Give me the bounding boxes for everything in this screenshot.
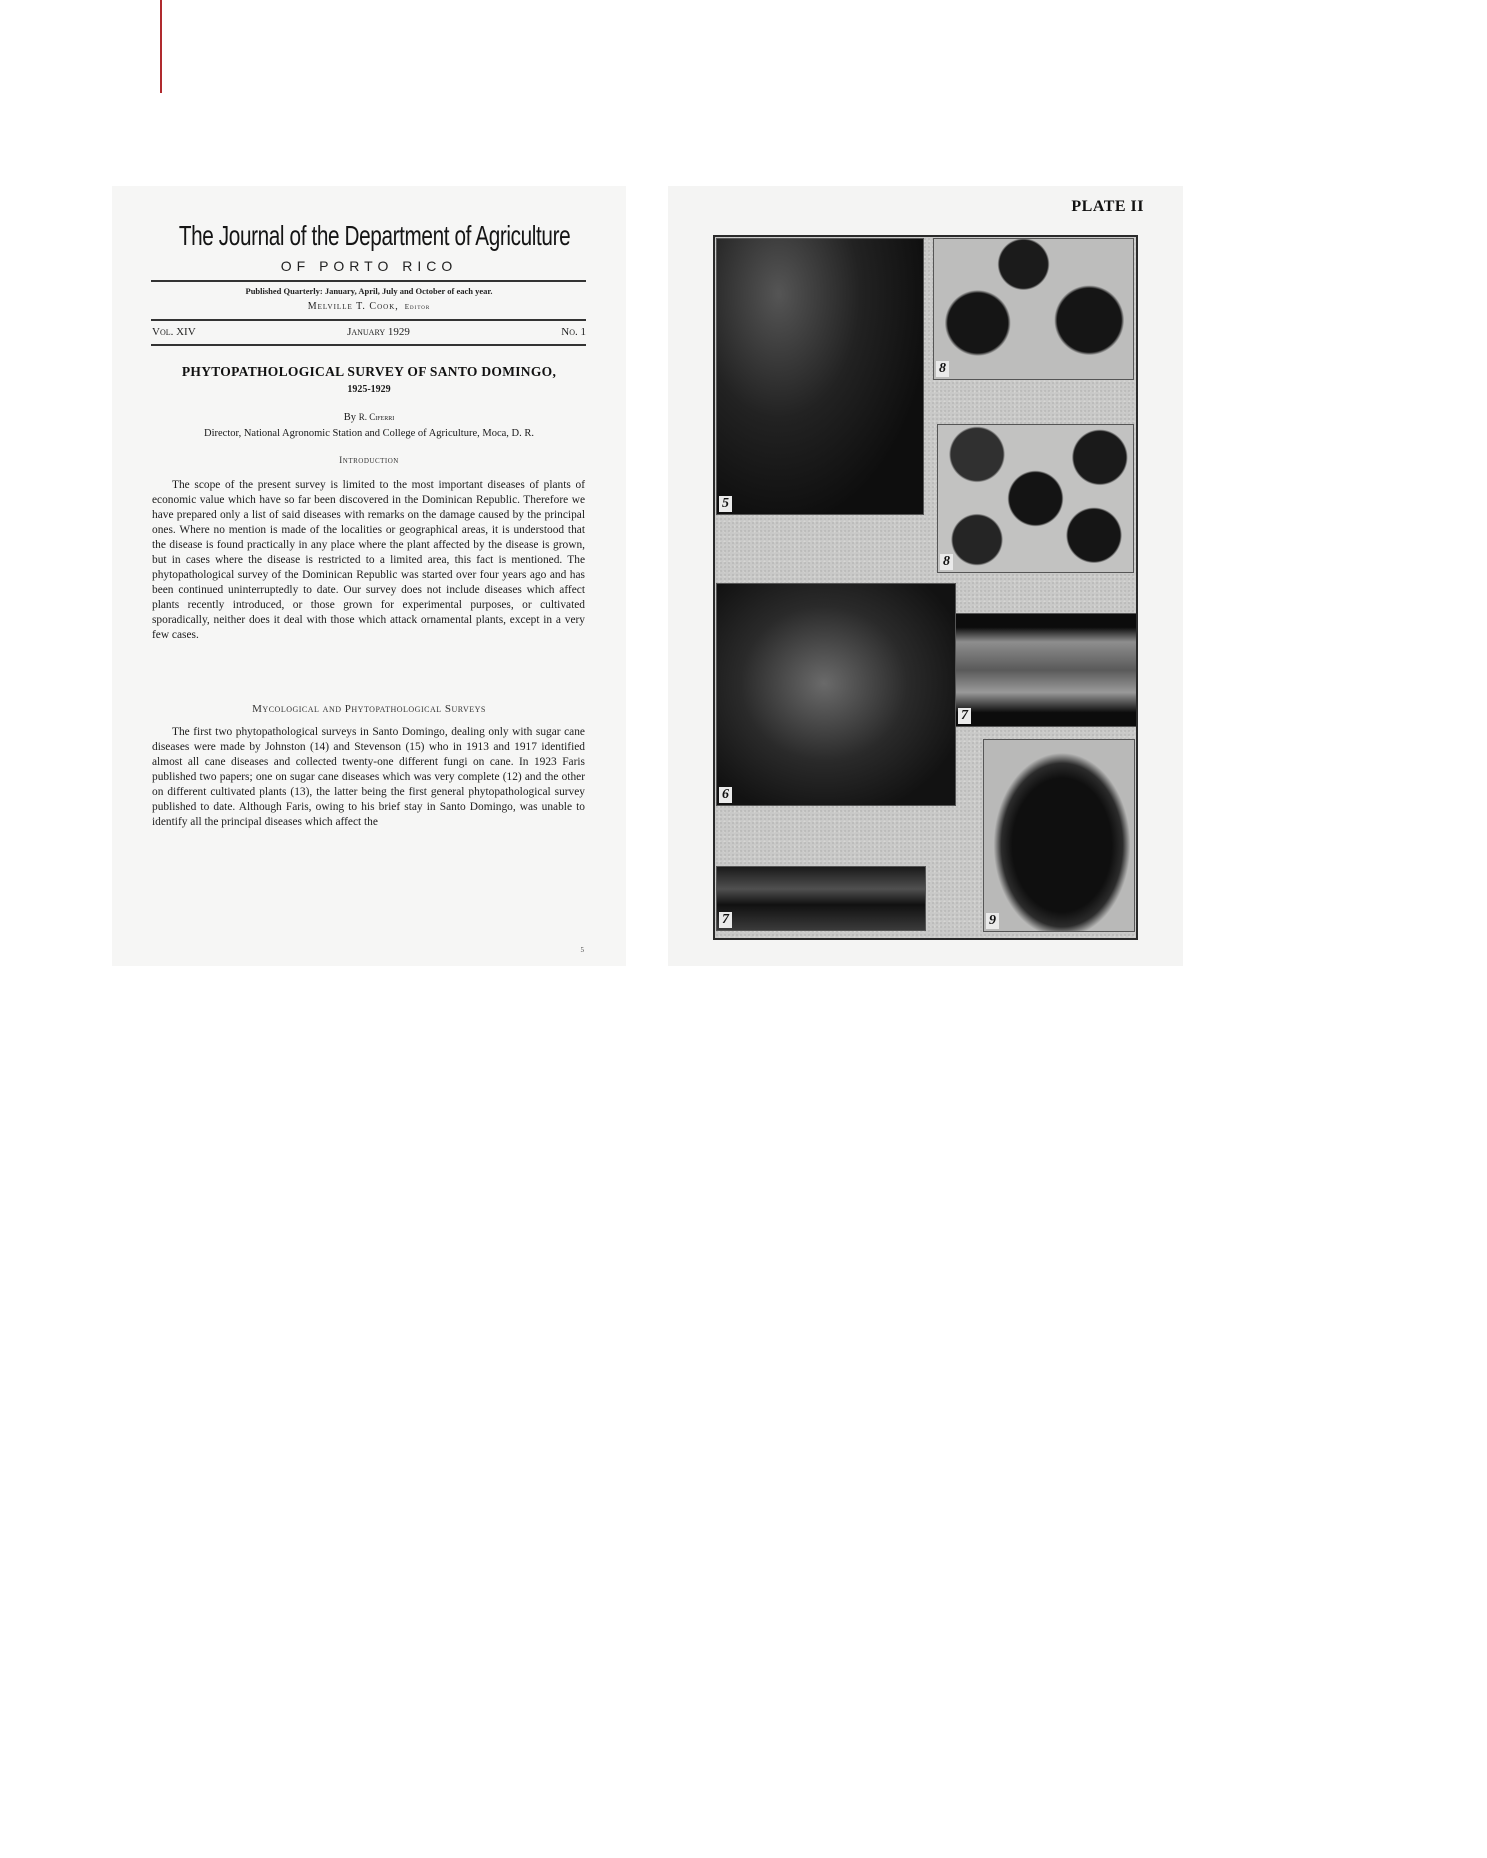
journal-subtitle: OF PORTO RICO [112, 258, 626, 274]
volume: Vol. XIV [152, 326, 196, 338]
plate-page: PLATE II 5 8 8 6 7 7 9 [668, 186, 1183, 966]
masthead-divider [151, 319, 586, 321]
byline: By R. Ciferri [112, 412, 626, 423]
surveys-paragraph: The first two phytopathological surveys … [152, 725, 585, 830]
section-heading-introduction: Introduction [112, 456, 626, 466]
figure-number: 9 [986, 913, 999, 929]
article-title: PHYTOPATHOLOGICAL SURVEY OF SANTO DOMING… [112, 364, 626, 380]
journal-first-page: The Journal of the Department of Agricul… [112, 186, 626, 966]
masthead-divider [151, 344, 586, 346]
figure-number: 5 [719, 496, 732, 512]
introduction-paragraph: The scope of the present survey is limit… [152, 478, 585, 643]
figure-9-photo: 9 [983, 739, 1135, 932]
author-name: R. Ciferri [359, 412, 395, 422]
publication-note: Published Quarterly: January, April, Jul… [112, 286, 626, 296]
editor-name: Melville T. Cook, [308, 301, 399, 312]
editor-role: Editor [405, 303, 430, 311]
figure-8a-photo: 8 [933, 238, 1134, 380]
masthead-divider [151, 280, 586, 282]
figure-number: 6 [719, 787, 732, 803]
plate-figure-frame: 5 8 8 6 7 7 9 [713, 235, 1138, 940]
issue-date: January 1929 [347, 326, 410, 338]
figure-number: 7 [958, 708, 971, 724]
plate-label: PLATE II [1071, 198, 1144, 216]
author-affiliation: Director, National Agronomic Station and… [112, 428, 626, 439]
figure-7a-photo: 7 [955, 613, 1137, 727]
byline-prefix: By [344, 412, 356, 423]
figure-7b-photo: 7 [716, 866, 926, 931]
figure-number: 8 [940, 554, 953, 570]
editor-line: Melville T. Cook,Editor [112, 301, 626, 312]
figure-6-photo: 6 [716, 583, 956, 806]
article-years: 1925-1929 [112, 384, 626, 395]
accent-rule [160, 0, 162, 93]
journal-title: The Journal of the Department of Agricul… [179, 220, 559, 252]
figure-5-photo: 5 [716, 238, 924, 515]
figure-8b-photo: 8 [937, 424, 1134, 573]
issue-number: No. 1 [561, 326, 586, 338]
issue-info: Vol. XIV January 1929 No. 1 [152, 326, 586, 338]
page-number: 5 [581, 946, 585, 954]
figure-number: 8 [936, 361, 949, 377]
section-heading-surveys: Mycological and Phytopathological Survey… [112, 703, 626, 715]
figure-number: 7 [719, 912, 732, 928]
